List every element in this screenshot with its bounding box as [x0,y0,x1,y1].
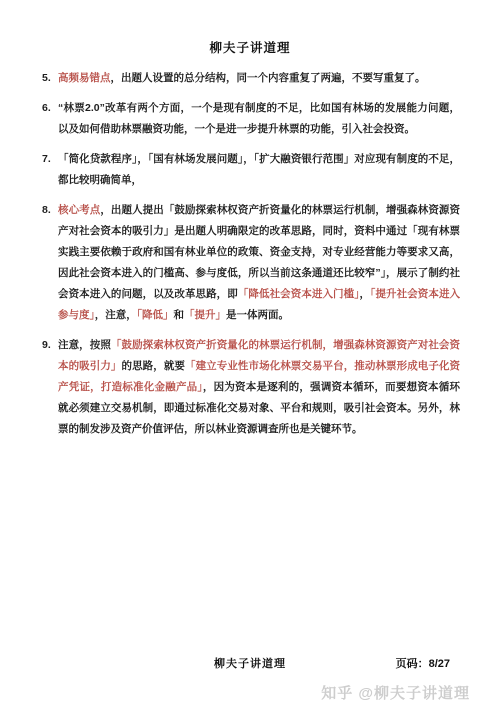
item-number: 7. [42,149,51,170]
highlighted-text: 核心考点 [58,204,100,216]
item-number: 6. [42,98,51,119]
body-text: 注意，按照 [58,339,111,351]
body-text: 「简化贷款程序」，「国有林场发展问题」，「扩大融资银行范围」对应现有制度的不足，… [58,153,460,186]
highlighted-text: 「降低」 [137,309,174,321]
list-item: 9.注意，按照「鼓励探索林权资产折资量化的林票运行机制，增强森林资源资产对社会资… [42,335,460,440]
page-number: 页码：8/27 [396,655,450,671]
body-text: 的思路，就要 [122,360,186,372]
page-title: 柳夫子讲道理 [0,38,500,56]
page-footer: 柳夫子讲道理 页码：8/27 [0,655,500,671]
item-number: 8. [42,200,51,221]
highlighted-text: 高频易错点 [58,72,111,84]
body-text: ，注意， [95,309,137,321]
document-body: 5.高频易错点，出题人设置的总分结构，同一个内容重复了两遍，不要写重复了。6.“… [0,56,500,440]
body-text: ，出题人提出「鼓励探索林权资产折资量化的林票运行机制，增强森林资源资产对社会资本… [58,204,460,300]
body-text: 是一体两面。 [226,309,289,321]
list-item: 7.「简化贷款程序」，「国有林场发展问题」，「扩大融资银行范围」对应现有制度的不… [42,149,460,191]
list-item: 5.高频易错点，出题人设置的总分结构，同一个内容重复了两遍，不要写重复了。 [42,68,460,89]
body-text: 和 [174,309,185,321]
numbered-list: 5.高频易错点，出题人设置的总分结构，同一个内容重复了两遍，不要写重复了。6.“… [42,68,460,440]
highlighted-text: 「降低社会资本进入门槛」 [238,288,360,300]
body-text: ， [360,288,371,300]
body-text: “林票2.0”改革有两个方面，一个是现有制度的不足，比如国有林场的发展能力问题，… [58,102,460,135]
body-text: ，出题人设置的总分结构，同一个内容重复了两遍，不要写重复了。 [111,72,426,84]
item-number: 9. [42,335,51,356]
zhihu-watermark: 知乎 @柳夫子讲道理 [321,682,470,703]
item-text: 核心考点，出题人提出「鼓励探索林权资产折资量化的林票运行机制，增强森林资源资产对… [58,204,460,321]
item-number: 5. [42,68,51,89]
document-page: 柳夫子讲道理 5.高频易错点，出题人设置的总分结构，同一个内容重复了两遍，不要写… [0,0,500,708]
highlighted-text: 「提升」 [184,309,226,321]
list-item: 6.“林票2.0”改革有两个方面，一个是现有制度的不足，比如国有林场的发展能力问… [42,98,460,140]
item-text: 注意，按照「鼓励探索林权资产折资量化的林票运行机制，增强森林资源资产对社会资本的… [58,339,460,435]
item-text: 高频易错点，出题人设置的总分结构，同一个内容重复了两遍，不要写重复了。 [58,72,426,84]
list-item: 8.核心考点，出题人提出「鼓励探索林权资产折资量化的林票运行机制，增强森林资源资… [42,200,460,326]
item-text: 「简化贷款程序」，「国有林场发展问题」，「扩大融资银行范围」对应现有制度的不足，… [58,153,460,186]
item-text: “林票2.0”改革有两个方面，一个是现有制度的不足，比如国有林场的发展能力问题，… [58,102,460,135]
